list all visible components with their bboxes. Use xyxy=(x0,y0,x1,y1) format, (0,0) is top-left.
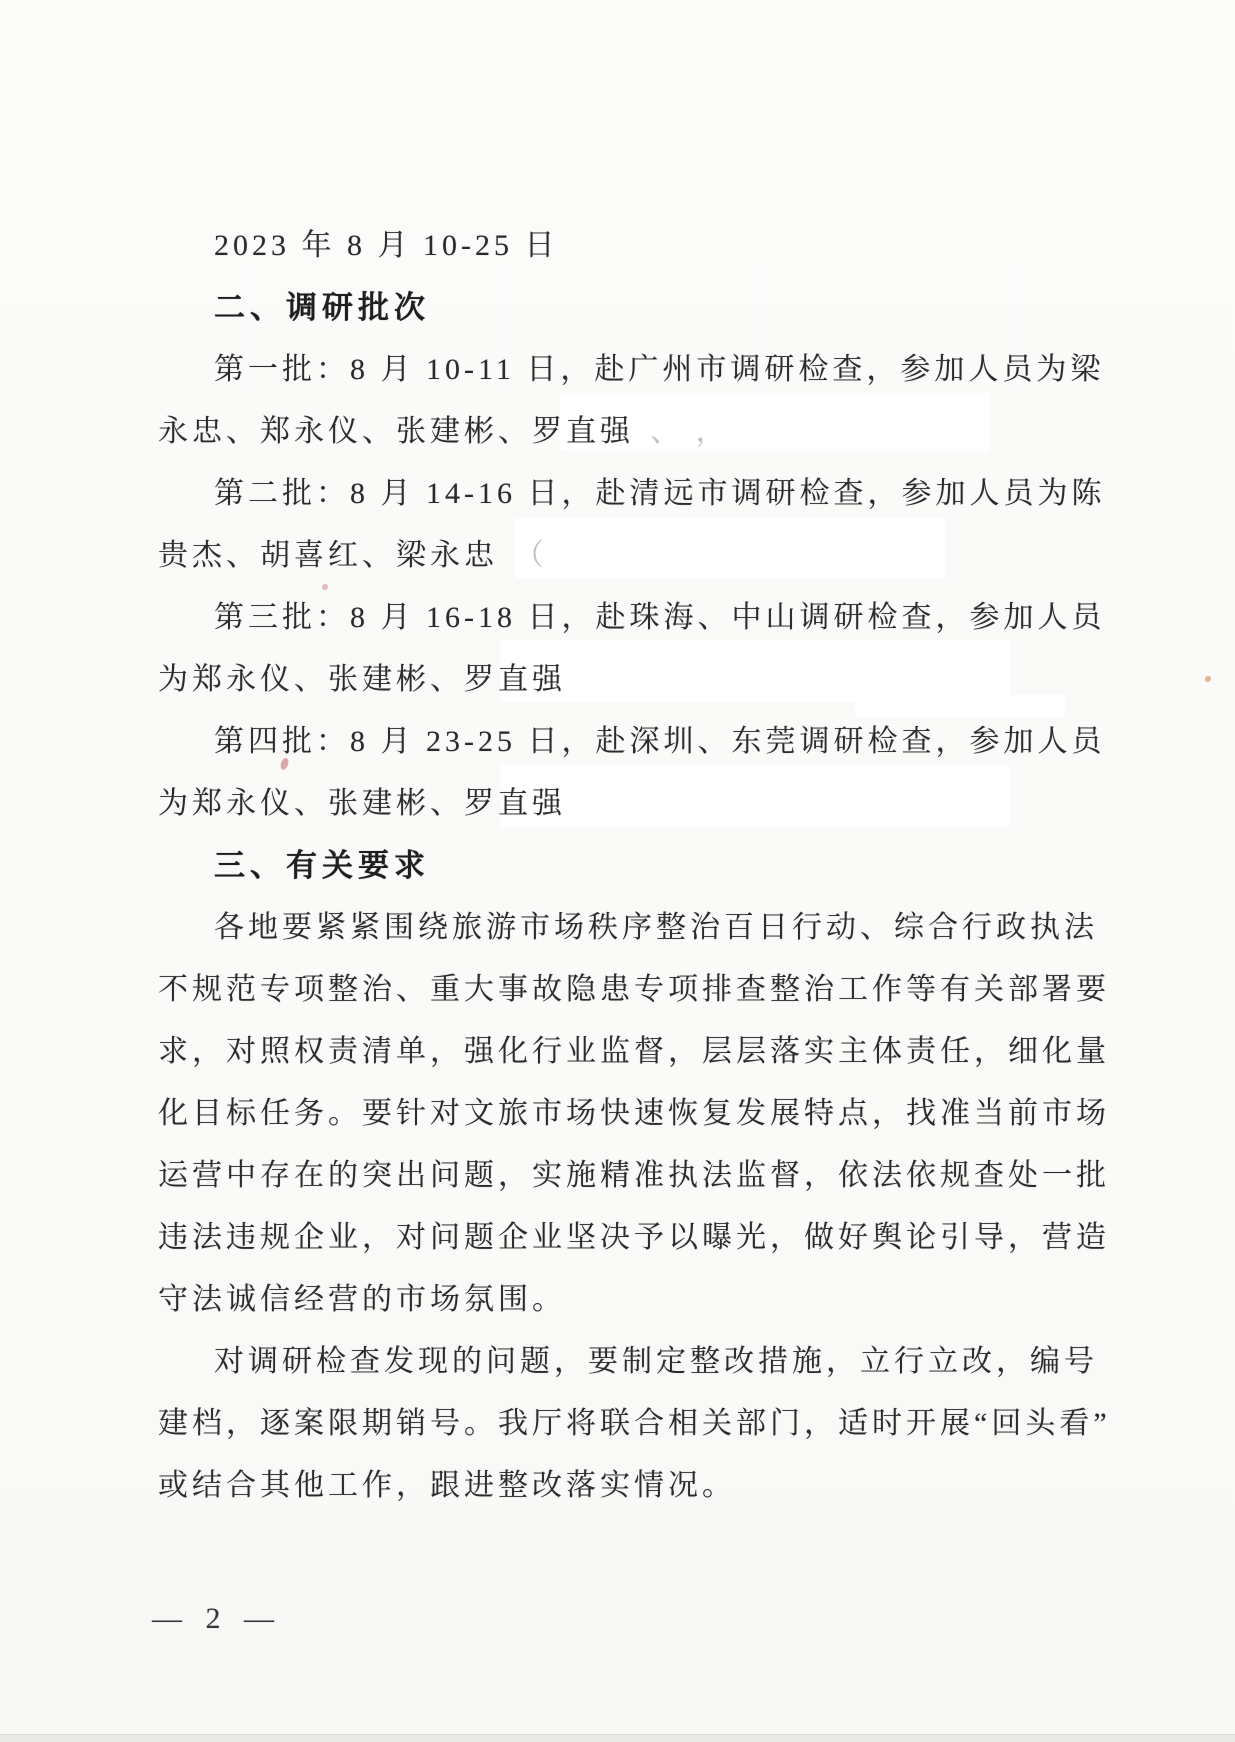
document-line: 化目标任务。要针对文旅市场快速恢复发展特点，找准当前市场 xyxy=(158,1083,1098,1145)
line-text: 贵杰、胡喜红、梁永忠 xyxy=(158,539,498,572)
document-line: 运营中存在的突出问题，实施精准执法监督，依法依规查处一批 xyxy=(158,1145,1098,1207)
document-line: 求，对照权责清单，强化行业监督，层层落实主体责任，细化量 xyxy=(158,1021,1098,1083)
section-heading: 三、有关要求 xyxy=(158,835,1098,897)
document-line: 永忠、郑永仪、张建彬、罗直强、 ， xyxy=(158,401,1098,463)
document-line: 守法诚信经营的市场氛围。 xyxy=(158,1269,1098,1331)
document-line: 为郑永仪、张建彬、罗直强 xyxy=(158,773,1098,835)
document-line: 建档，逐案限期销号。我厅将联合相关部门，适时开展“回头看” xyxy=(158,1393,1098,1455)
document-line: 或结合其他工作，跟进整改落实情况。 xyxy=(158,1455,1098,1517)
scan-speck xyxy=(1205,676,1211,682)
page-number: — 2 — xyxy=(152,1597,282,1641)
document-line: 第一批：8 月 10-11 日，赴广州市调研检查，参加人员为梁 xyxy=(158,339,1098,401)
document-line: 为郑永仪、张建彬、罗直强 xyxy=(158,649,1098,711)
scan-bottom-edge xyxy=(0,1734,1235,1742)
document-line: 不规范专项整治、重大事故隐患专项排查整治工作等有关部署要 xyxy=(158,959,1098,1021)
document-line: 第三批：8 月 16-18 日，赴珠海、中山调研检查，参加人员 xyxy=(158,587,1098,649)
document-line: 各地要紧紧围绕旅游市场秩序整治百日行动、综合行政执法 xyxy=(158,897,1098,959)
erased-text-trace: （ xyxy=(514,539,548,572)
document-line: 对调研检查发现的问题，要制定整改措施，立行立改，编号 xyxy=(158,1331,1098,1393)
document-line: 违法违规企业，对问题企业坚决予以曝光，做好舆论引导，营造 xyxy=(158,1207,1098,1269)
document-line: 第四批：8 月 23-25 日，赴深圳、东莞调研检查，参加人员 xyxy=(158,711,1098,773)
line-text: 永忠、郑永仪、张建彬、罗直强 xyxy=(158,415,634,448)
section-heading: 二、调研批次 xyxy=(158,277,1098,339)
document-body: 2023 年 8 月 10-25 日 二、调研批次 第一批：8 月 10-11 … xyxy=(158,215,1098,1517)
document-line: 贵杰、胡喜红、梁永忠（ xyxy=(158,525,1098,587)
document-line: 第二批：8 月 14-16 日，赴清远市调研检查，参加人员为陈 xyxy=(158,463,1098,525)
erased-text-trace: 、 ， xyxy=(650,415,730,448)
document-page: 2023 年 8 月 10-25 日 二、调研批次 第一批：8 月 10-11 … xyxy=(0,0,1235,1742)
document-line: 2023 年 8 月 10-25 日 xyxy=(158,215,1098,277)
